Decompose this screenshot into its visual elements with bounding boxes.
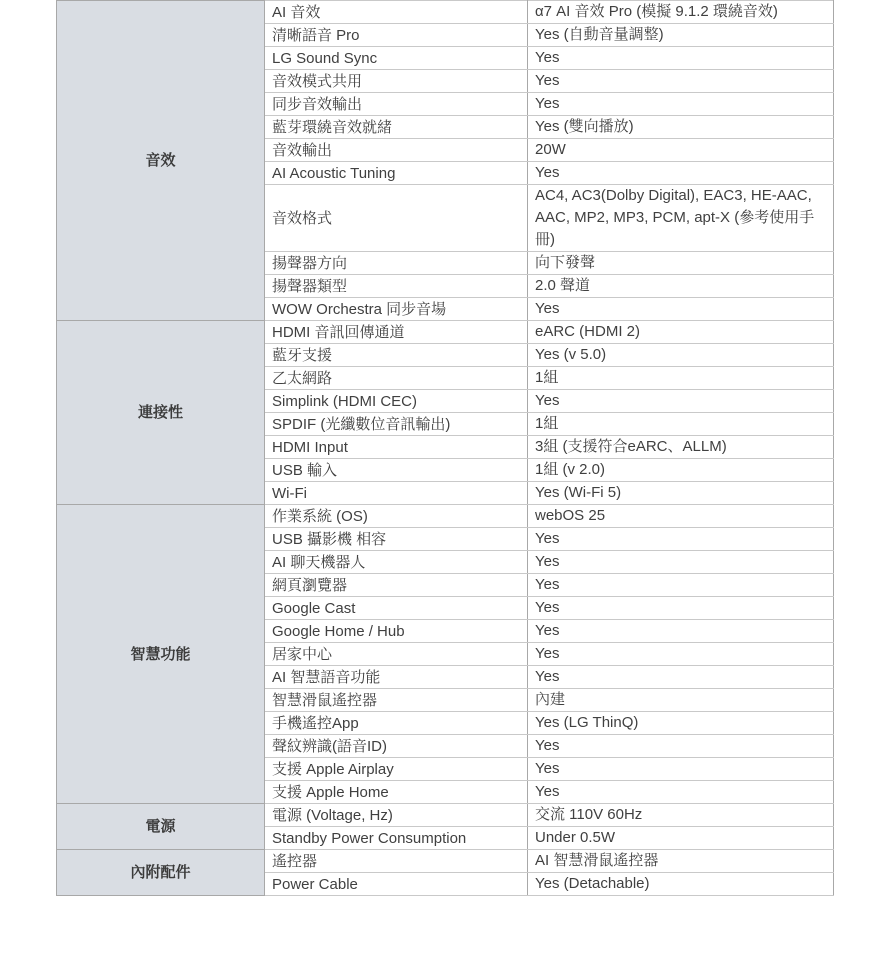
spec-value: Yes (Detachable) bbox=[528, 873, 834, 896]
spec-label: 支援 Apple Airplay bbox=[265, 758, 528, 781]
spec-value: Yes bbox=[528, 735, 834, 758]
spec-value: 2.0 聲道 bbox=[528, 275, 834, 298]
spec-label: Power Cable bbox=[265, 873, 528, 896]
spec-value: Yes (自動音量調整) bbox=[528, 24, 834, 47]
spec-value: AC4, AC3(Dolby Digital), EAC3, HE-AAC, A… bbox=[528, 185, 834, 252]
spec-label: LG Sound Sync bbox=[265, 47, 528, 70]
spec-table: 音效AI 音效α7 AI 音效 Pro (模擬 9.1.2 環繞音效)清晰語音 … bbox=[56, 0, 834, 896]
spec-label: USB 輸入 bbox=[265, 459, 528, 482]
spec-label: AI 聊天機器人 bbox=[265, 551, 528, 574]
spec-value: 1組 bbox=[528, 413, 834, 436]
category-cell: 智慧功能 bbox=[57, 505, 265, 804]
spec-value: Yes (雙向播放) bbox=[528, 116, 834, 139]
spec-label: 揚聲器方向 bbox=[265, 252, 528, 275]
spec-label: 音效輸出 bbox=[265, 139, 528, 162]
spec-value: Yes bbox=[528, 758, 834, 781]
spec-label: 音效模式共用 bbox=[265, 70, 528, 93]
spec-label: 聲紋辨識(語音ID) bbox=[265, 735, 528, 758]
spec-value: 內建 bbox=[528, 689, 834, 712]
spec-value: 20W bbox=[528, 139, 834, 162]
table-row: 內附配件遙控器AI 智慧滑鼠遙控器 bbox=[57, 850, 834, 873]
spec-label: AI 智慧語音功能 bbox=[265, 666, 528, 689]
spec-label: Google Cast bbox=[265, 597, 528, 620]
spec-value: Yes (v 5.0) bbox=[528, 344, 834, 367]
category-cell: 內附配件 bbox=[57, 850, 265, 896]
spec-value: Yes (Wi-Fi 5) bbox=[528, 482, 834, 505]
spec-value: α7 AI 音效 Pro (模擬 9.1.2 環繞音效) bbox=[528, 1, 834, 24]
spec-value: 向下發聲 bbox=[528, 252, 834, 275]
spec-value: Yes bbox=[528, 47, 834, 70]
spec-value: Yes bbox=[528, 528, 834, 551]
spec-label: 同步音效輸出 bbox=[265, 93, 528, 116]
spec-label: Standby Power Consumption bbox=[265, 827, 528, 850]
spec-value: Yes bbox=[528, 620, 834, 643]
spec-label: 居家中心 bbox=[265, 643, 528, 666]
spec-value: Yes bbox=[528, 93, 834, 116]
spec-table-body: 音效AI 音效α7 AI 音效 Pro (模擬 9.1.2 環繞音效)清晰語音 … bbox=[57, 1, 834, 896]
spec-label: AI Acoustic Tuning bbox=[265, 162, 528, 185]
spec-value: 交流 110V 60Hz bbox=[528, 804, 834, 827]
spec-label: WOW Orchestra 同步音場 bbox=[265, 298, 528, 321]
spec-label: SPDIF (光纖數位音訊輸出) bbox=[265, 413, 528, 436]
table-row: 音效AI 音效α7 AI 音效 Pro (模擬 9.1.2 環繞音效) bbox=[57, 1, 834, 24]
spec-label: 作業系統 (OS) bbox=[265, 505, 528, 528]
spec-value: Yes bbox=[528, 70, 834, 93]
spec-label: 藍芽環繞音效就緒 bbox=[265, 116, 528, 139]
spec-value: Yes bbox=[528, 390, 834, 413]
spec-label: 揚聲器類型 bbox=[265, 275, 528, 298]
spec-label: 遙控器 bbox=[265, 850, 528, 873]
spec-value: Yes bbox=[528, 574, 834, 597]
spec-value: webOS 25 bbox=[528, 505, 834, 528]
spec-label: 藍牙支援 bbox=[265, 344, 528, 367]
spec-value: Yes bbox=[528, 298, 834, 321]
table-row: 智慧功能作業系統 (OS)webOS 25 bbox=[57, 505, 834, 528]
spec-value: eARC (HDMI 2) bbox=[528, 321, 834, 344]
spec-label: 支援 Apple Home bbox=[265, 781, 528, 804]
spec-label: HDMI 音訊回傳通道 bbox=[265, 321, 528, 344]
spec-value: Yes bbox=[528, 162, 834, 185]
spec-value: Yes bbox=[528, 666, 834, 689]
spec-value: 1組 (v 2.0) bbox=[528, 459, 834, 482]
spec-value: Under 0.5W bbox=[528, 827, 834, 850]
category-cell: 電源 bbox=[57, 804, 265, 850]
spec-value: Yes bbox=[528, 597, 834, 620]
spec-value: Yes (LG ThinQ) bbox=[528, 712, 834, 735]
spec-label: 電源 (Voltage, Hz) bbox=[265, 804, 528, 827]
spec-label: 智慧滑鼠遙控器 bbox=[265, 689, 528, 712]
spec-value: Yes bbox=[528, 551, 834, 574]
table-row: 連接性HDMI 音訊回傳通道eARC (HDMI 2) bbox=[57, 321, 834, 344]
spec-label: 網頁瀏覽器 bbox=[265, 574, 528, 597]
spec-page: 音效AI 音效α7 AI 音效 Pro (模擬 9.1.2 環繞音效)清晰語音 … bbox=[0, 0, 890, 961]
spec-label: 音效格式 bbox=[265, 185, 528, 252]
spec-label: USB 攝影機 相容 bbox=[265, 528, 528, 551]
spec-value: 3組 (支援符合eARC、ALLM) bbox=[528, 436, 834, 459]
spec-value: Yes bbox=[528, 643, 834, 666]
spec-value: AI 智慧滑鼠遙控器 bbox=[528, 850, 834, 873]
spec-label: Wi-Fi bbox=[265, 482, 528, 505]
category-cell: 連接性 bbox=[57, 321, 265, 505]
category-cell: 音效 bbox=[57, 1, 265, 321]
spec-label: Simplink (HDMI CEC) bbox=[265, 390, 528, 413]
table-row: 電源電源 (Voltage, Hz)交流 110V 60Hz bbox=[57, 804, 834, 827]
spec-label: 手機遙控App bbox=[265, 712, 528, 735]
spec-label: 清晰語音 Pro bbox=[265, 24, 528, 47]
spec-value: Yes bbox=[528, 781, 834, 804]
spec-label: Google Home / Hub bbox=[265, 620, 528, 643]
spec-label: 乙太網路 bbox=[265, 367, 528, 390]
spec-label: AI 音效 bbox=[265, 1, 528, 24]
spec-label: HDMI Input bbox=[265, 436, 528, 459]
spec-value: 1組 bbox=[528, 367, 834, 390]
